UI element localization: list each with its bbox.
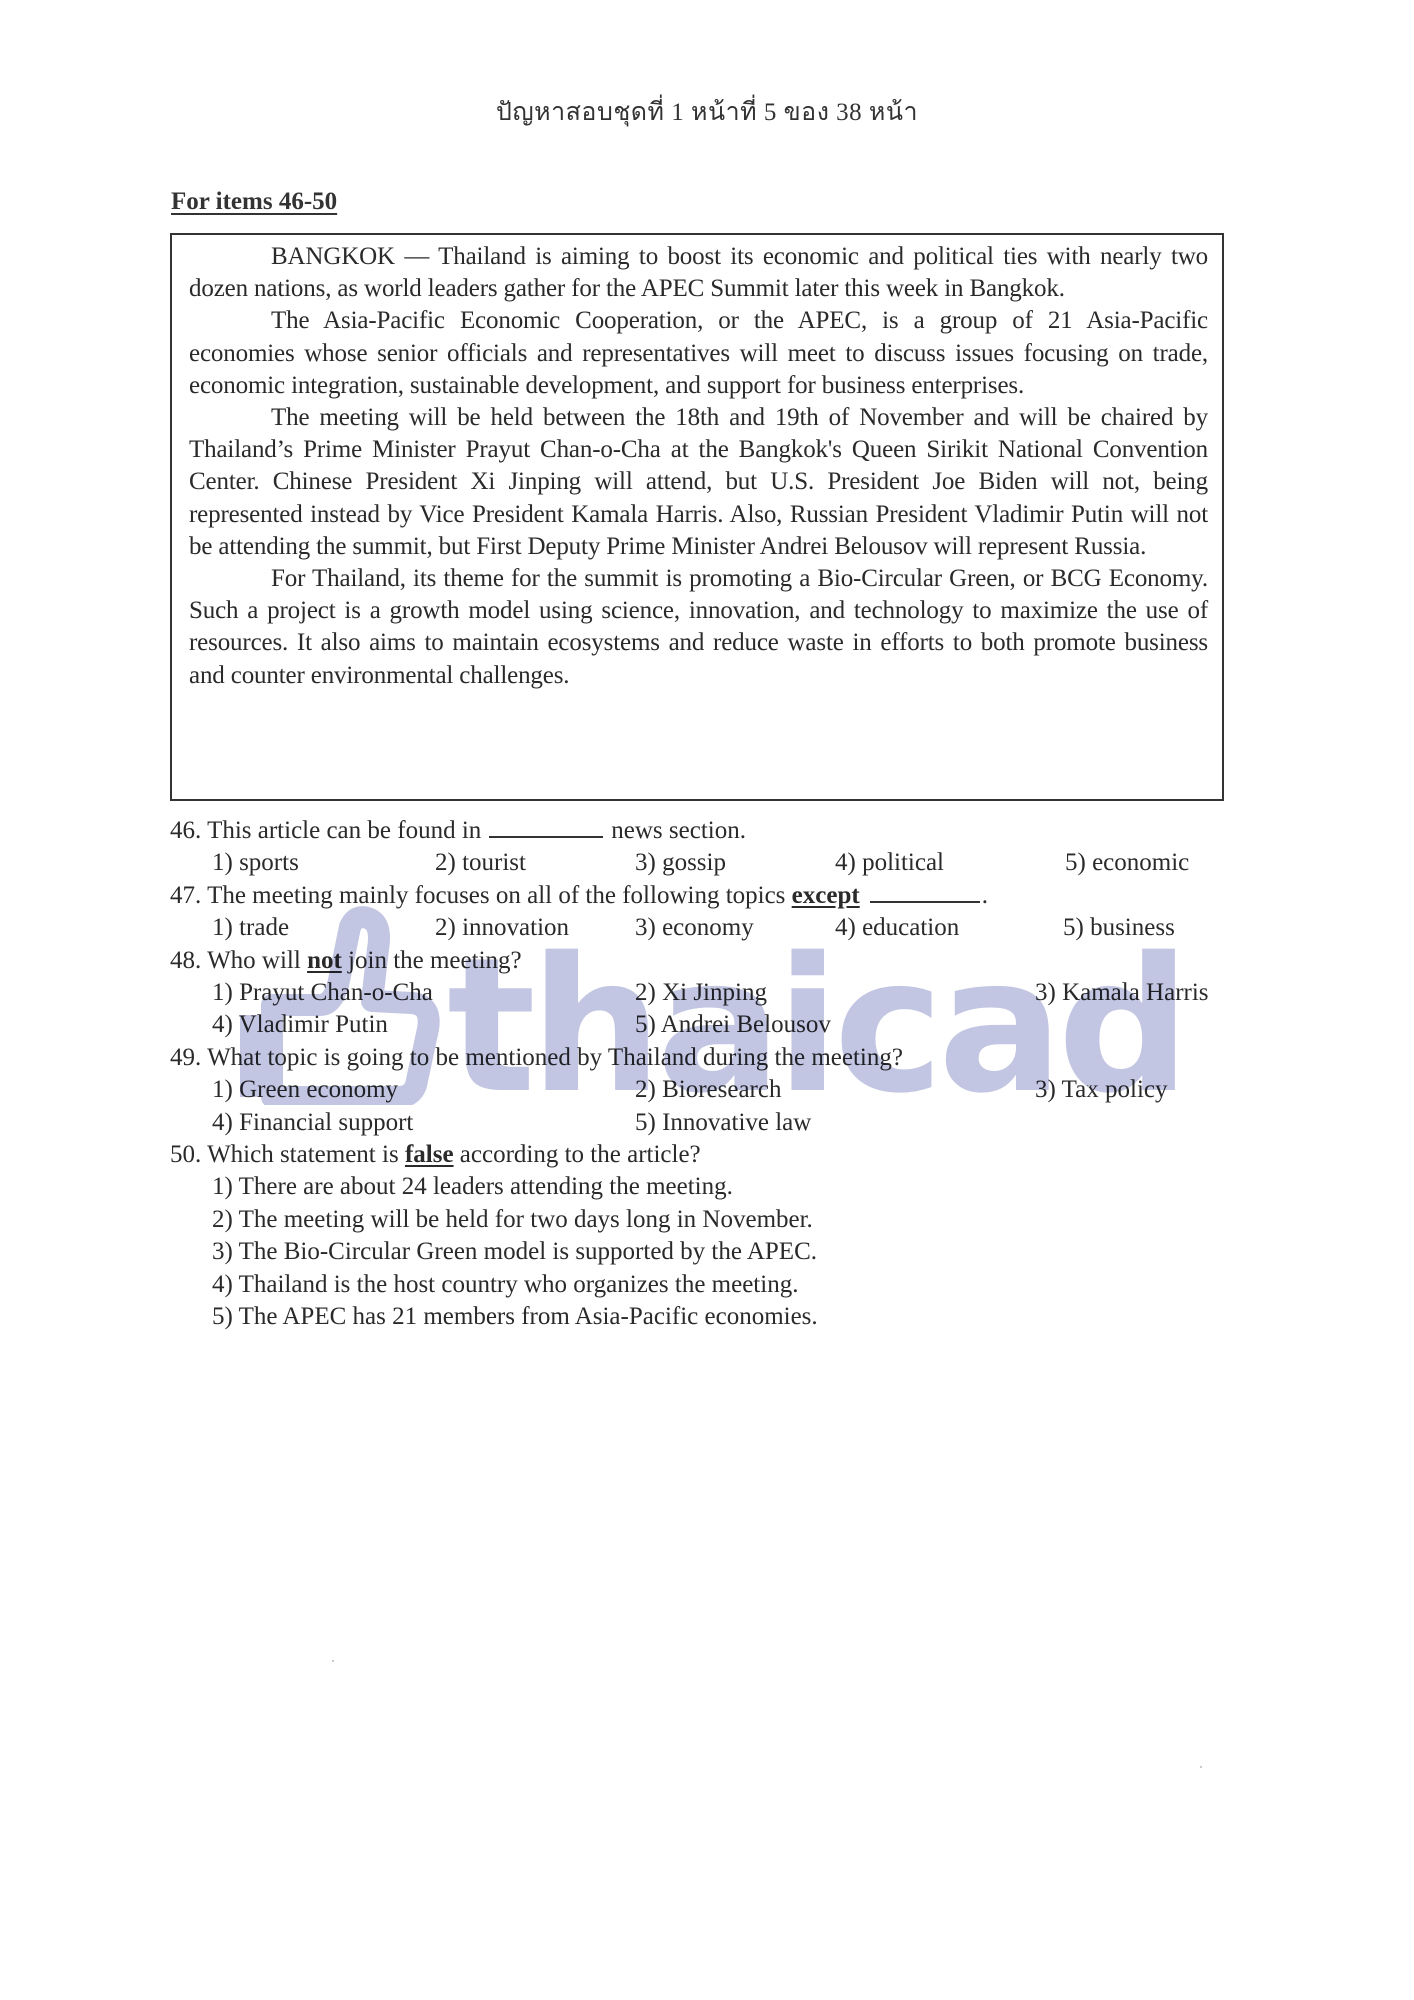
stem-text: join the meeting? bbox=[348, 947, 522, 974]
question-47: 47. The meeting mainly focuses on all of… bbox=[170, 880, 1260, 945]
option-5[interactable]: 5) Innovative law bbox=[635, 1107, 811, 1139]
option-5[interactable]: 5) economic bbox=[1065, 847, 1189, 879]
page-header: ปัญหาสอบชุดที่ 1 หน้าที่ 5 ของ 38 หน้า bbox=[0, 92, 1414, 132]
question-49: 49. What topic is going to be mentioned … bbox=[170, 1042, 1260, 1139]
option-4[interactable]: 4) Financial support bbox=[212, 1107, 413, 1139]
question-stem: 50. Which statement is false according t… bbox=[170, 1139, 1260, 1171]
option-1[interactable]: 1) trade bbox=[212, 912, 289, 944]
question-48: 48. Who will not join the meeting? 1) Pr… bbox=[170, 945, 1260, 1042]
emphasis-word: not bbox=[307, 947, 342, 974]
emphasis-word: false bbox=[405, 1141, 454, 1168]
scan-speck bbox=[332, 1660, 334, 1662]
stem-text: Which statement is bbox=[207, 1141, 399, 1168]
stem-text: . bbox=[982, 882, 988, 909]
section-title: For items 46-50 bbox=[171, 188, 337, 216]
option-3[interactable]: 3) gossip bbox=[635, 847, 726, 879]
option-2[interactable]: 2) Xi Jinping bbox=[635, 977, 767, 1009]
question-number: 50. bbox=[170, 1139, 201, 1171]
stem-text: This article can be found in bbox=[207, 817, 481, 844]
stem-text: The meeting mainly focuses on all of the… bbox=[207, 882, 785, 909]
passage-paragraph-4: For Thailand, its theme for the summit i… bbox=[189, 563, 1208, 692]
options-list: 1) There are about 24 leaders attending … bbox=[170, 1171, 1260, 1333]
option-4[interactable]: 4) political bbox=[835, 847, 944, 879]
stem-text: according to the article? bbox=[460, 1141, 701, 1168]
option-2[interactable]: 2) tourist bbox=[435, 847, 526, 879]
option-1[interactable]: 1) Prayut Chan-o-Cha bbox=[212, 977, 433, 1009]
question-list: 46. This article can be found innews sec… bbox=[170, 815, 1260, 1333]
passage-paragraph-3: The meeting will be held between the 18t… bbox=[189, 402, 1208, 563]
option-1[interactable]: 1) There are about 24 leaders attending … bbox=[170, 1171, 1260, 1203]
options-row: 1) Green economy 2) Bioresearch 3) Tax p… bbox=[170, 1074, 1260, 1106]
option-1[interactable]: 1) Green economy bbox=[212, 1074, 398, 1106]
passage-paragraph-1: BANGKOK — Thailand is aiming to boost it… bbox=[189, 241, 1208, 305]
reading-passage: BANGKOK — Thailand is aiming to boost it… bbox=[170, 233, 1224, 801]
option-2[interactable]: 2) Bioresearch bbox=[635, 1074, 781, 1106]
stem-text: news section. bbox=[611, 817, 746, 844]
answer-blank bbox=[489, 816, 603, 838]
question-stem: 49. What topic is going to be mentioned … bbox=[170, 1042, 1260, 1074]
option-4[interactable]: 4) education bbox=[835, 912, 959, 944]
options-row: 1) sports 2) tourist 3) gossip 4) politi… bbox=[170, 847, 1260, 879]
option-3[interactable]: 3) economy bbox=[635, 912, 754, 944]
question-stem: 48. Who will not join the meeting? bbox=[170, 945, 1260, 977]
option-3[interactable]: 3) The Bio-Circular Green model is suppo… bbox=[170, 1236, 1260, 1268]
option-4[interactable]: 4) Thailand is the host country who orga… bbox=[170, 1269, 1260, 1301]
answer-blank bbox=[870, 881, 980, 903]
question-number: 47. bbox=[170, 880, 201, 912]
option-5[interactable]: 5) business bbox=[1063, 912, 1175, 944]
option-4[interactable]: 4) Vladimir Putin bbox=[212, 1009, 388, 1041]
option-3[interactable]: 3) Kamala Harris bbox=[1035, 977, 1209, 1009]
question-50: 50. Which statement is false according t… bbox=[170, 1139, 1260, 1333]
stem-text: Who will bbox=[207, 947, 301, 974]
option-5[interactable]: 5) The APEC has 21 members from Asia-Pac… bbox=[170, 1301, 1260, 1333]
stem-text: What topic is going to be mentioned by T… bbox=[207, 1044, 903, 1071]
emphasis-word: except bbox=[792, 882, 860, 909]
options-row: 4) Vladimir Putin 5) Andrei Belousov bbox=[170, 1009, 1260, 1041]
question-number: 46. bbox=[170, 815, 201, 847]
passage-paragraph-2: The Asia-Pacific Economic Cooperation, o… bbox=[189, 305, 1208, 402]
question-46: 46. This article can be found innews sec… bbox=[170, 815, 1260, 880]
scan-speck bbox=[1200, 1766, 1202, 1768]
option-5[interactable]: 5) Andrei Belousov bbox=[635, 1009, 831, 1041]
options-row: 4) Financial support 5) Innovative law bbox=[170, 1107, 1260, 1139]
option-1[interactable]: 1) sports bbox=[212, 847, 299, 879]
question-number: 48. bbox=[170, 945, 201, 977]
question-number: 49. bbox=[170, 1042, 201, 1074]
option-2[interactable]: 2) The meeting will be held for two days… bbox=[170, 1204, 1260, 1236]
option-2[interactable]: 2) innovation bbox=[435, 912, 569, 944]
options-row: 1) trade 2) innovation 3) economy 4) edu… bbox=[170, 912, 1260, 944]
question-stem: 46. This article can be found innews sec… bbox=[170, 815, 1260, 847]
question-stem: 47. The meeting mainly focuses on all of… bbox=[170, 880, 1260, 912]
scan-speck bbox=[1088, 1085, 1090, 1087]
options-row: 1) Prayut Chan-o-Cha 2) Xi Jinping 3) Ka… bbox=[170, 977, 1260, 1009]
option-3[interactable]: 3) Tax policy bbox=[1035, 1074, 1167, 1106]
